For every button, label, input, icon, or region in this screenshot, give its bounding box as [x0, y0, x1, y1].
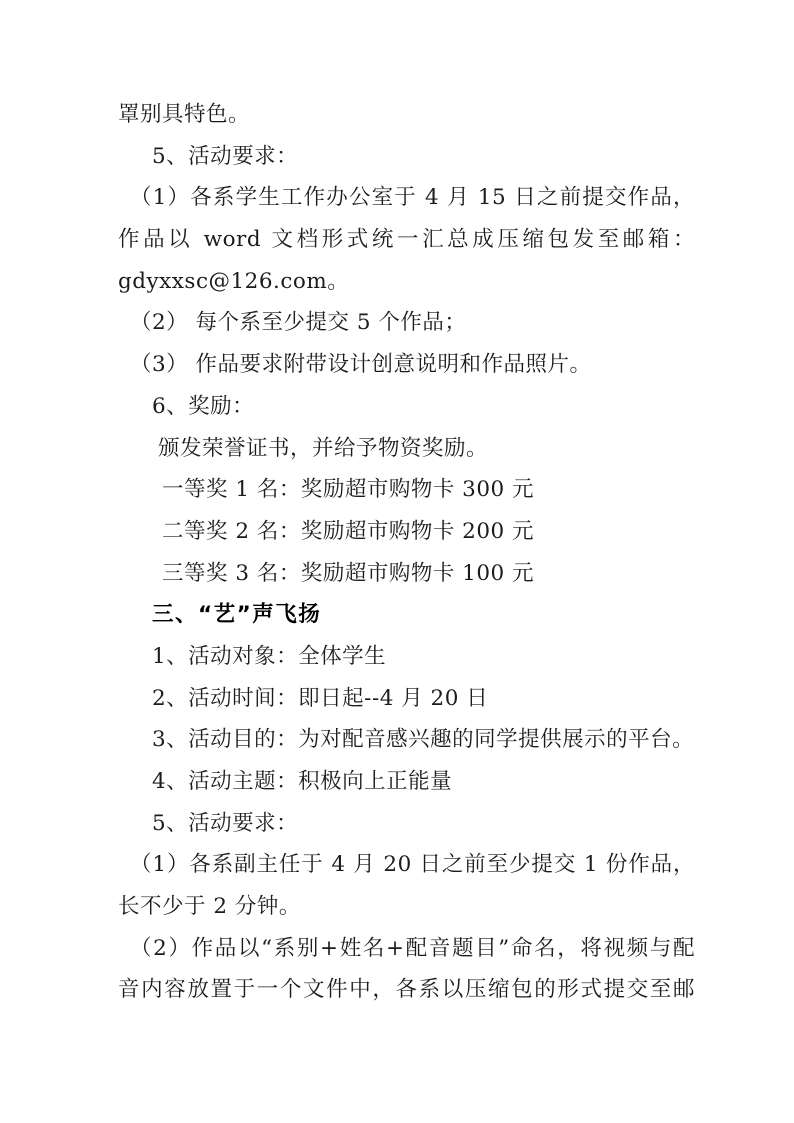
document-page: 罩别具特色。 5、活动要求： （1）各系学生工作办公室于 4 月 15 日之前提… — [0, 0, 794, 1123]
doc-line: 5、活动要求： — [118, 136, 695, 178]
doc-line: 罩别具特色。 — [118, 94, 695, 136]
doc-line: （2） 每个系至少提交 5 个作品； — [118, 302, 695, 344]
doc-line: 1、活动对象：全体学生 — [118, 636, 695, 678]
doc-line: 2、活动时间：即日起--4 月 20 日 — [118, 678, 695, 720]
doc-line: （3） 作品要求附带设计创意说明和作品照片。 — [118, 344, 695, 386]
section-heading: 三、“艺”声飞扬 — [118, 594, 695, 636]
doc-line: （2）作品以“系别+姓名+配音题目”命名，将视频与配 — [118, 928, 695, 970]
doc-line: 长不少于 2 分钟。 — [118, 886, 695, 928]
doc-line-prize: 二等奖 2 名：奖励超市购物卡 200 元 — [118, 511, 695, 553]
doc-line: 颁发荣誉证书，并给予物资奖励。 — [118, 428, 695, 470]
doc-line: 作品以 word 文档形式统一汇总成压缩包发至邮箱： — [118, 219, 695, 261]
doc-line-email: gdyxxsc@126.com。 — [118, 261, 695, 303]
doc-line: 5、活动要求： — [118, 803, 695, 845]
doc-line: （1）各系学生工作办公室于 4 月 15 日之前提交作品，将 — [118, 177, 695, 219]
doc-line-prize: 三等奖 3 名：奖励超市购物卡 100 元 — [118, 553, 695, 595]
doc-line: 6、奖励： — [118, 386, 695, 428]
doc-line: 4、活动主题：积极向上正能量 — [118, 761, 695, 803]
doc-line-prize: 一等奖 1 名：奖励超市购物卡 300 元 — [118, 469, 695, 511]
doc-line: 音内容放置于一个文件中，各系以压缩包的形式提交至邮 — [118, 969, 695, 1011]
doc-line: 3、活动目的：为对配音感兴趣的同学提供展示的平台。 — [118, 719, 695, 761]
doc-line: （1）各系副主任于 4 月 20 日之前至少提交 1 份作品，时 — [118, 844, 695, 886]
